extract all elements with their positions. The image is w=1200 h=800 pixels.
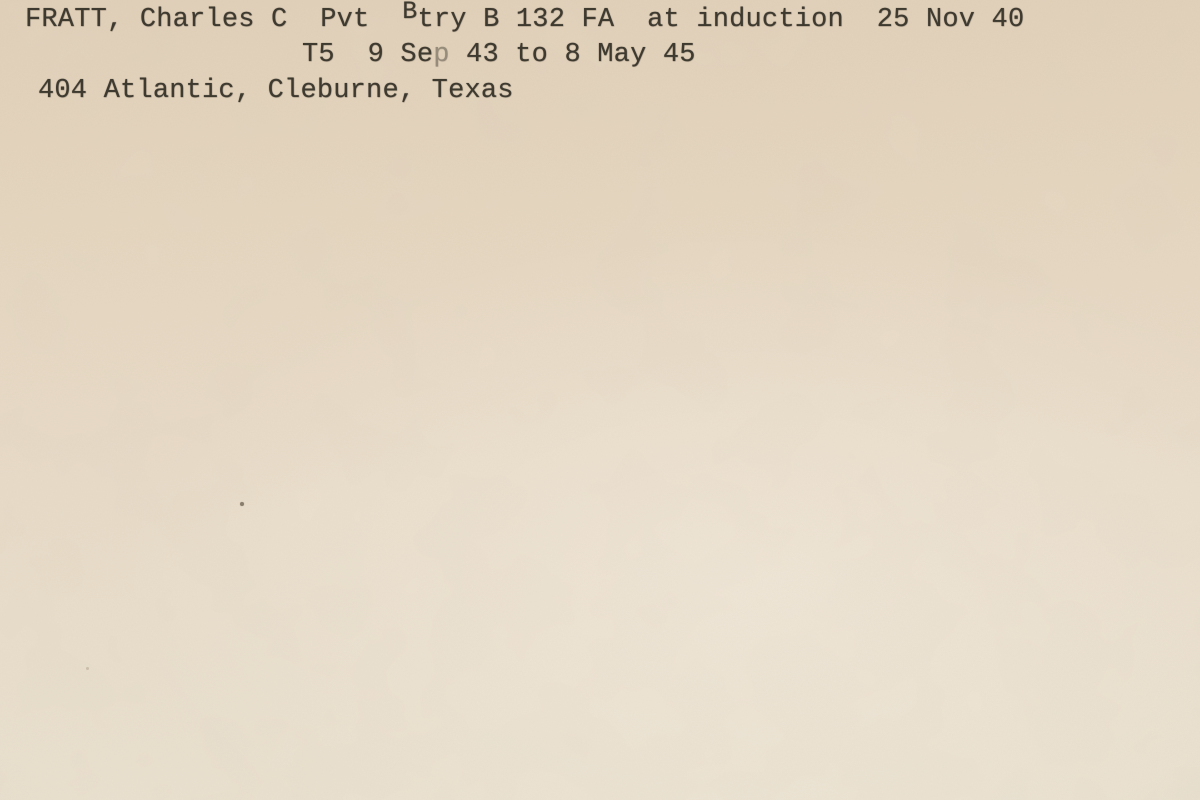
line1-text-start: FRATT, Charles C Pvt xyxy=(25,5,402,35)
paper-speck xyxy=(86,667,89,670)
line2-faded-letter: p xyxy=(433,40,449,70)
index-card: FRATT, Charles C Pvt Btry B 132 FA at in… xyxy=(0,0,1200,800)
typewritten-line-service-dates: T5 9 Sep 43 to 8 May 45 xyxy=(302,40,696,70)
typewritten-line-name-rank-unit: FRATT, Charles C Pvt Btry B 132 FA at in… xyxy=(25,5,1024,35)
line1-raised-letter: B xyxy=(402,0,417,26)
line2-text-rest: 43 to 8 May 45 xyxy=(450,40,696,70)
paper-speck xyxy=(240,502,244,506)
line2-text-start: T5 9 Se xyxy=(302,40,433,70)
line1-text-rest: try B 132 FA at induction 25 Nov 40 xyxy=(417,5,1024,35)
paper-texture xyxy=(0,0,1200,800)
typewritten-line-address: 404 Atlantic, Cleburne, Texas xyxy=(38,76,514,106)
